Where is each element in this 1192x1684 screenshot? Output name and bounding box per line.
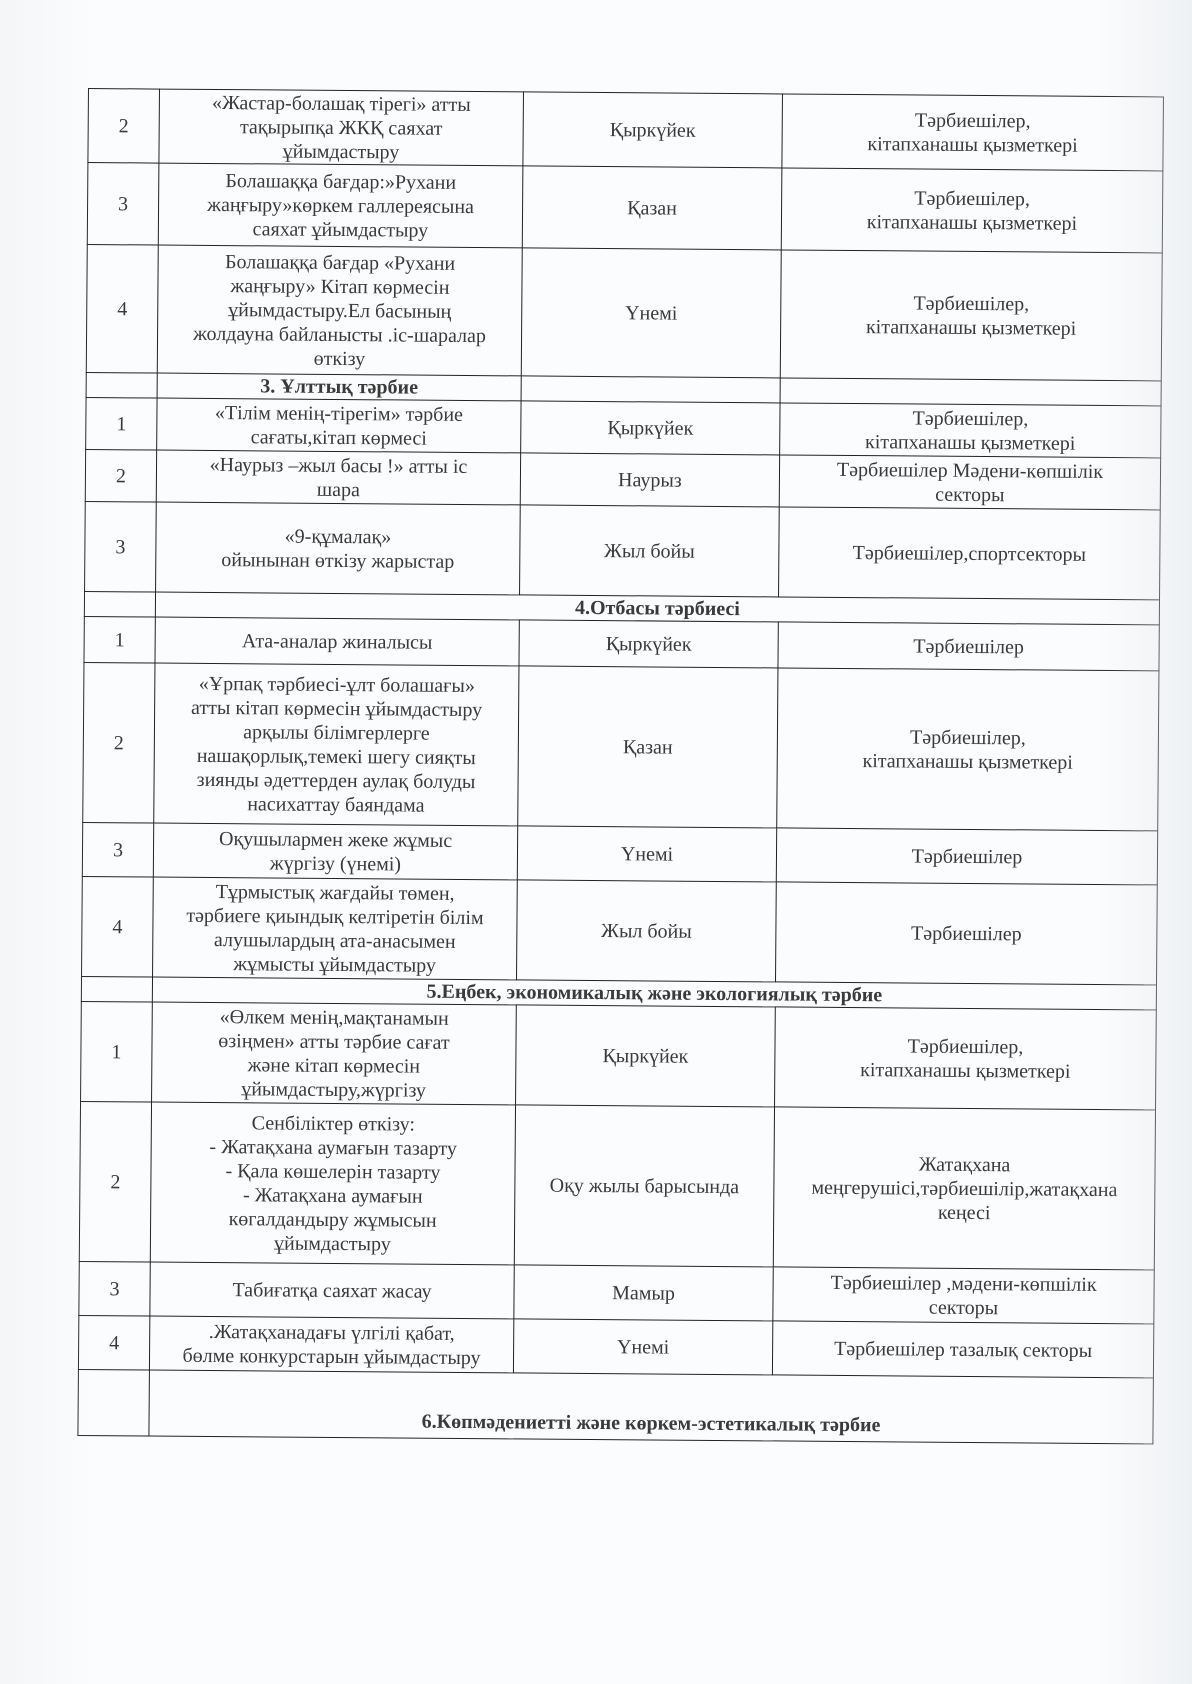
section-title: 3. Ұлттық тәрбие — [157, 373, 521, 401]
activity-cell: Ата-аналар жиналысы — [155, 617, 519, 666]
row-number: 1 — [86, 397, 157, 450]
row-number: 1 — [84, 616, 155, 663]
date-cell: Жыл бойы — [520, 505, 780, 597]
activity-cell: Оқушылармен жеке жұмыс жүргізу (үнемі) — [153, 823, 517, 880]
responsible-cell — [780, 378, 1161, 406]
date-cell: Үнемі — [513, 1319, 772, 1375]
responsible-cell: Тәрбиешілер Мәдени-көпшілік секторы — [779, 455, 1160, 510]
activity-cell: «Наурыз –жыл басы !» атты іс шара — [156, 450, 520, 505]
date-cell: Қыркүйек — [521, 401, 780, 455]
table-row: 2 Сенбіліктер өткізу: - Жатақхана аумағы… — [79, 1101, 1155, 1269]
section-header-row: 6.Көпмәдениетті және көркем-эстетикалық … — [78, 1369, 1153, 1443]
activity-cell: Табиғатқа саяхат жасау — [150, 1262, 514, 1319]
row-number: 2 — [85, 449, 156, 502]
date-cell: Наурыз — [520, 453, 779, 507]
table-row: 4 Болашаққа бағдар «Рухани жаңғыру» Кіта… — [86, 244, 1162, 380]
activity-cell: Тұрмыстық жағдайы төмен, тәрбиеге қиынды… — [153, 877, 518, 980]
scanned-page: 2 «Жастар-болашақ тірегі» атты тақырыпқа… — [0, 0, 1192, 1684]
row-number: 4 — [82, 876, 154, 977]
row-number: 3 — [87, 163, 159, 246]
date-cell: Үнемі — [521, 248, 781, 378]
table-row: 1 Ата-аналар жиналысы Қыркүйек Тәрбиешіл… — [84, 616, 1159, 670]
date-cell: Қыркүйек — [519, 620, 778, 668]
table-row: 1 «Тілім менің-тірегім» тәрбие сағаты,кі… — [86, 397, 1161, 457]
activity-cell: «Өлкем менің,мақтанамын өзіңмен» атты тә… — [152, 1002, 517, 1105]
responsible-cell: Тәрбиешілер — [776, 828, 1157, 885]
table-row: 1 «Өлкем менің,мақтанамын өзіңмен» атты … — [81, 1001, 1157, 1109]
date-cell: Қазан — [522, 166, 782, 250]
responsible-cell: Тәрбиешілер, кітапханашы қызметкері — [782, 94, 1164, 171]
section-title: 6.Көпмәдениетті және көркем-эстетикалық … — [149, 1370, 1153, 1444]
date-cell: Мамыр — [514, 1265, 773, 1321]
responsible-cell: Тәрбиешілер ,мәдени-көпшілік секторы — [773, 1267, 1154, 1324]
responsible-cell: Тәрбиешілер, кітапханашы қызметкері — [775, 1007, 1157, 1110]
responsible-cell: Жатақхана меңгерушісі,тәрбиешілір,жатақх… — [773, 1107, 1155, 1270]
row-number — [78, 1369, 150, 1436]
row-number: 3 — [82, 822, 153, 877]
date-cell: Қазан — [518, 666, 778, 828]
table-row: 3 «9-құмалақ» ойынынан өткізу жарыстар Ж… — [85, 501, 1161, 599]
row-number: 4 — [86, 244, 158, 373]
table-row: 3 Оқушылармен жеке жұмыс жүргізу (үнемі)… — [82, 822, 1157, 884]
work-plan-table: 2 «Жастар-болашақ тірегі» атты тақырыпқа… — [77, 88, 1164, 1444]
table-row: 3 Болашаққа бағдар:»Рухани жаңғыру»көрке… — [87, 163, 1163, 253]
activity-cell: Болашаққа бағдар:»Рухани жаңғыру»көркем … — [158, 163, 523, 248]
date-cell: Қыркүйек — [523, 92, 783, 168]
date-cell: Оқу жылы барысында — [514, 1105, 774, 1267]
row-number: 2 — [88, 89, 160, 164]
activity-cell: «Тілім менің-тірегім» тәрбие сағаты,кіта… — [157, 398, 521, 453]
row-number: 3 — [85, 501, 157, 592]
responsible-cell: Тәрбиешілер тазалық секторы — [772, 1321, 1153, 1378]
row-number — [86, 372, 157, 398]
responsible-cell: Тәрбиешілер — [778, 622, 1159, 671]
row-number: 4 — [78, 1315, 149, 1370]
activity-cell: «Жастар-болашақ тірегі» атты тақырыпқа Ж… — [159, 89, 524, 166]
responsible-cell: Тәрбиешілер, кітапханашы қызметкері — [780, 403, 1161, 458]
responsible-cell: Тәрбиешілер, кітапханашы қызметкері — [777, 668, 1159, 831]
row-number: 3 — [79, 1261, 150, 1316]
activity-cell: «9-құмалақ» ойынынан өткізу жарыстар — [156, 502, 521, 595]
table-row: 3 Табиғатқа саяхат жасау Мамыр Тәрбиешіл… — [79, 1261, 1154, 1323]
date-cell — [521, 376, 780, 403]
responsible-cell: Тәрбиешілер,спортсекторы — [779, 507, 1161, 600]
responsible-cell: Тәрбиешілер — [776, 882, 1158, 985]
table-row: 4 .Жатақханадағы үлгілі қабат, бөлме кон… — [78, 1315, 1153, 1377]
date-cell: Қыркүйек — [516, 1005, 776, 1107]
row-number — [81, 976, 152, 1002]
table-row: 2 «Жастар-болашақ тірегі» атты тақырыпқа… — [88, 89, 1164, 171]
date-cell: Үнемі — [517, 826, 776, 882]
activity-cell: Сенбіліктер өткізу: - Жатақхана аумағын … — [150, 1102, 515, 1265]
activity-cell: Болашаққа бағдар «Рухани жаңғыру» Кітап … — [157, 245, 522, 376]
date-cell: Жыл бойы — [517, 880, 777, 982]
table-row: 4 Тұрмыстық жағдайы төмен, тәрбиеге қиын… — [82, 876, 1158, 984]
activity-cell: .Жатақханадағы үлгілі қабат, бөлме конку… — [149, 1316, 513, 1373]
row-number: 2 — [79, 1101, 151, 1262]
activity-cell: «Ұрпақ тәрбиесі-ұлт болашағы» атты кітап… — [154, 663, 519, 826]
table-row: 2 «Наурыз –жыл басы !» атты іс шара Наур… — [85, 449, 1160, 509]
row-number: 1 — [81, 1001, 153, 1102]
responsible-cell: Тәрбиешілер, кітапханашы қызметкері — [781, 168, 1163, 253]
responsible-cell: Тәрбиешілер, кітапханашы қызметкері — [780, 250, 1162, 381]
row-number — [84, 591, 155, 617]
table-row: 2 «Ұрпақ тәрбиесі-ұлт болашағы» атты кіт… — [83, 662, 1159, 830]
row-number: 2 — [83, 662, 155, 823]
